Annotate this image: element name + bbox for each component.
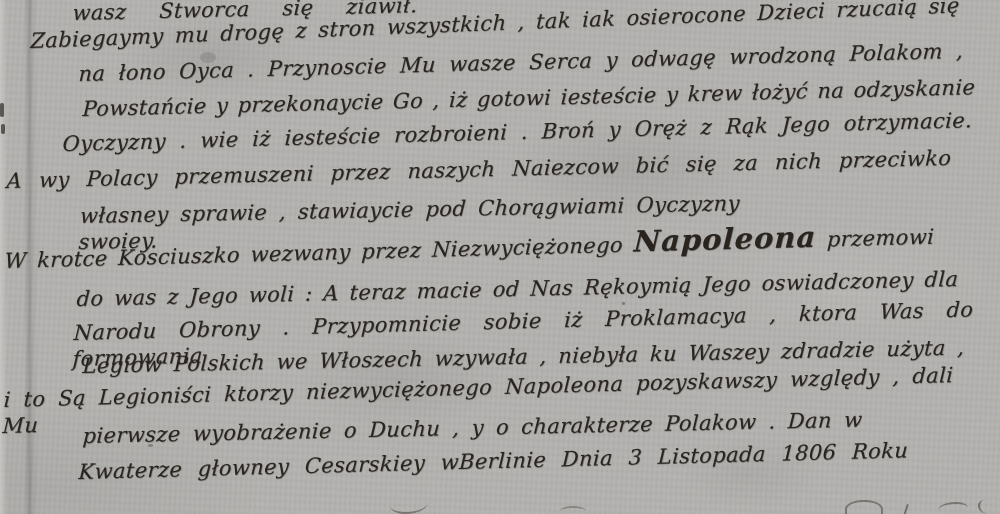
cut-off-stroke	[903, 504, 909, 514]
manuscript-page: wasz Stworca się ziawił. Zabiegaymy mu d…	[0, 0, 1000, 514]
cut-off-stroke	[978, 500, 996, 514]
line-text: przemowi	[816, 225, 935, 252]
cut-off-stroke	[560, 506, 586, 514]
cut-off-stroke	[845, 500, 883, 514]
ink-speck	[1, 124, 5, 134]
cut-off-stroke	[938, 502, 968, 514]
ink-speck	[0, 103, 4, 117]
cut-off-stroke	[390, 494, 428, 514]
emphasized-word-napoleona: Napoleona	[633, 220, 817, 259]
